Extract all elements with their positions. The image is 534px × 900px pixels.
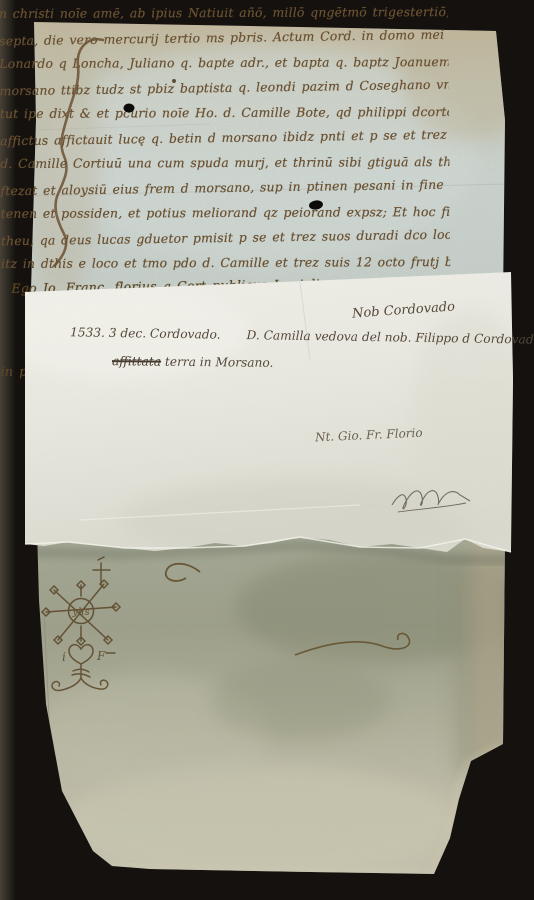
slip-struck-word: affittata — [112, 354, 161, 369]
manuscript-text-block: n christi noīe amē, ab ipius Natiuit añō… — [0, 0, 450, 274]
slip-date: 1533. 3 dec. Cordovado. — [70, 325, 221, 341]
photo-backdrop: n christi noīe amē, ab ipius Natiuit añō… — [0, 0, 534, 900]
slip-summary-cont: terra in Morsano. — [165, 355, 274, 370]
slip-summary-continuation: affittata terra in Morsano. — [112, 354, 274, 370]
